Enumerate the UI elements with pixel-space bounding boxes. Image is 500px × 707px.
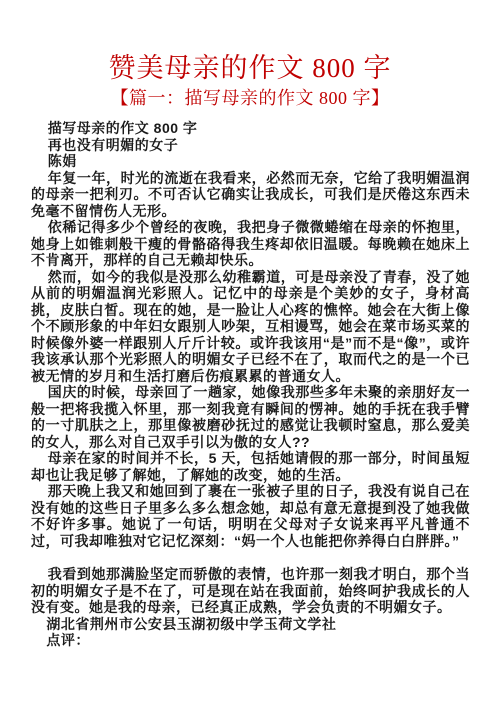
essay-header-line: 陈娟 bbox=[31, 153, 470, 170]
essay-paragraph: 依稀记得多少个曾经的夜晚，我把身子微微蜷缩在母亲的怀抱里，她身上如锥刺般干瘦的骨… bbox=[31, 219, 470, 269]
essay-closing-line: 湖北省荆州市公安县玉湖初级中学玉荷文学社 bbox=[31, 616, 470, 633]
document-page: 赞美母亲的作文 800 字 【篇一：描写母亲的作文 800 字】 描写母亲的作文… bbox=[0, 0, 500, 707]
essay-header-line: 再也没有明媚的女子 bbox=[31, 137, 470, 154]
essay-body: 描写母亲的作文 800 字再也没有明媚的女子陈娟 年复一年，时光的流逝在我看来，… bbox=[31, 120, 470, 649]
essay-header-line: 描写母亲的作文 800 字 bbox=[31, 120, 470, 137]
essay-paragraph: 我看到她那满脸坚定而骄傲的表情，也许那一刻我才明白，那个当初的明媚女子是不在了，… bbox=[31, 566, 470, 616]
essay-paragraphs: 年复一年，时光的流逝在我看来，必然而无奈，它给了我明媚温润的母亲一把利刃。不可否… bbox=[31, 170, 470, 616]
essay-closing-line: 点评： bbox=[31, 632, 470, 649]
essay-title: 赞美母亲的作文 800 字 bbox=[0, 0, 500, 84]
essay-closing-lines: 湖北省荆州市公安县玉湖初级中学玉荷文学社点评： bbox=[31, 616, 470, 649]
essay-paragraph: 国庆的时候，母亲回了一趟家，她像我那些多年未聚的亲朋好友一般一把将我揽入怀里，那… bbox=[31, 384, 470, 450]
essay-header-lines: 描写母亲的作文 800 字再也没有明媚的女子陈娟 bbox=[31, 120, 470, 170]
essay-paragraph: 年复一年，时光的流逝在我看来，必然而无奈，它给了我明媚温润的母亲一把利刃。不可否… bbox=[31, 170, 470, 220]
essay-paragraph: 那天晚上我又和她回到了裹在一张被子里的日子，我没有说自己在没有她的这些日子里多么… bbox=[31, 483, 470, 549]
essay-subtitle: 【篇一：描写母亲的作文 800 字】 bbox=[0, 84, 500, 109]
essay-paragraph: 母亲在家的时间并不长，5 天，包括她请假的那一部分，时间虽短却也让我足够了解她，… bbox=[31, 450, 470, 483]
essay-paragraph: 然而，如今的我似是没那么幼稚霸道，可是母亲没了青春，没了她从前的明媚温润光彩照人… bbox=[31, 269, 470, 385]
